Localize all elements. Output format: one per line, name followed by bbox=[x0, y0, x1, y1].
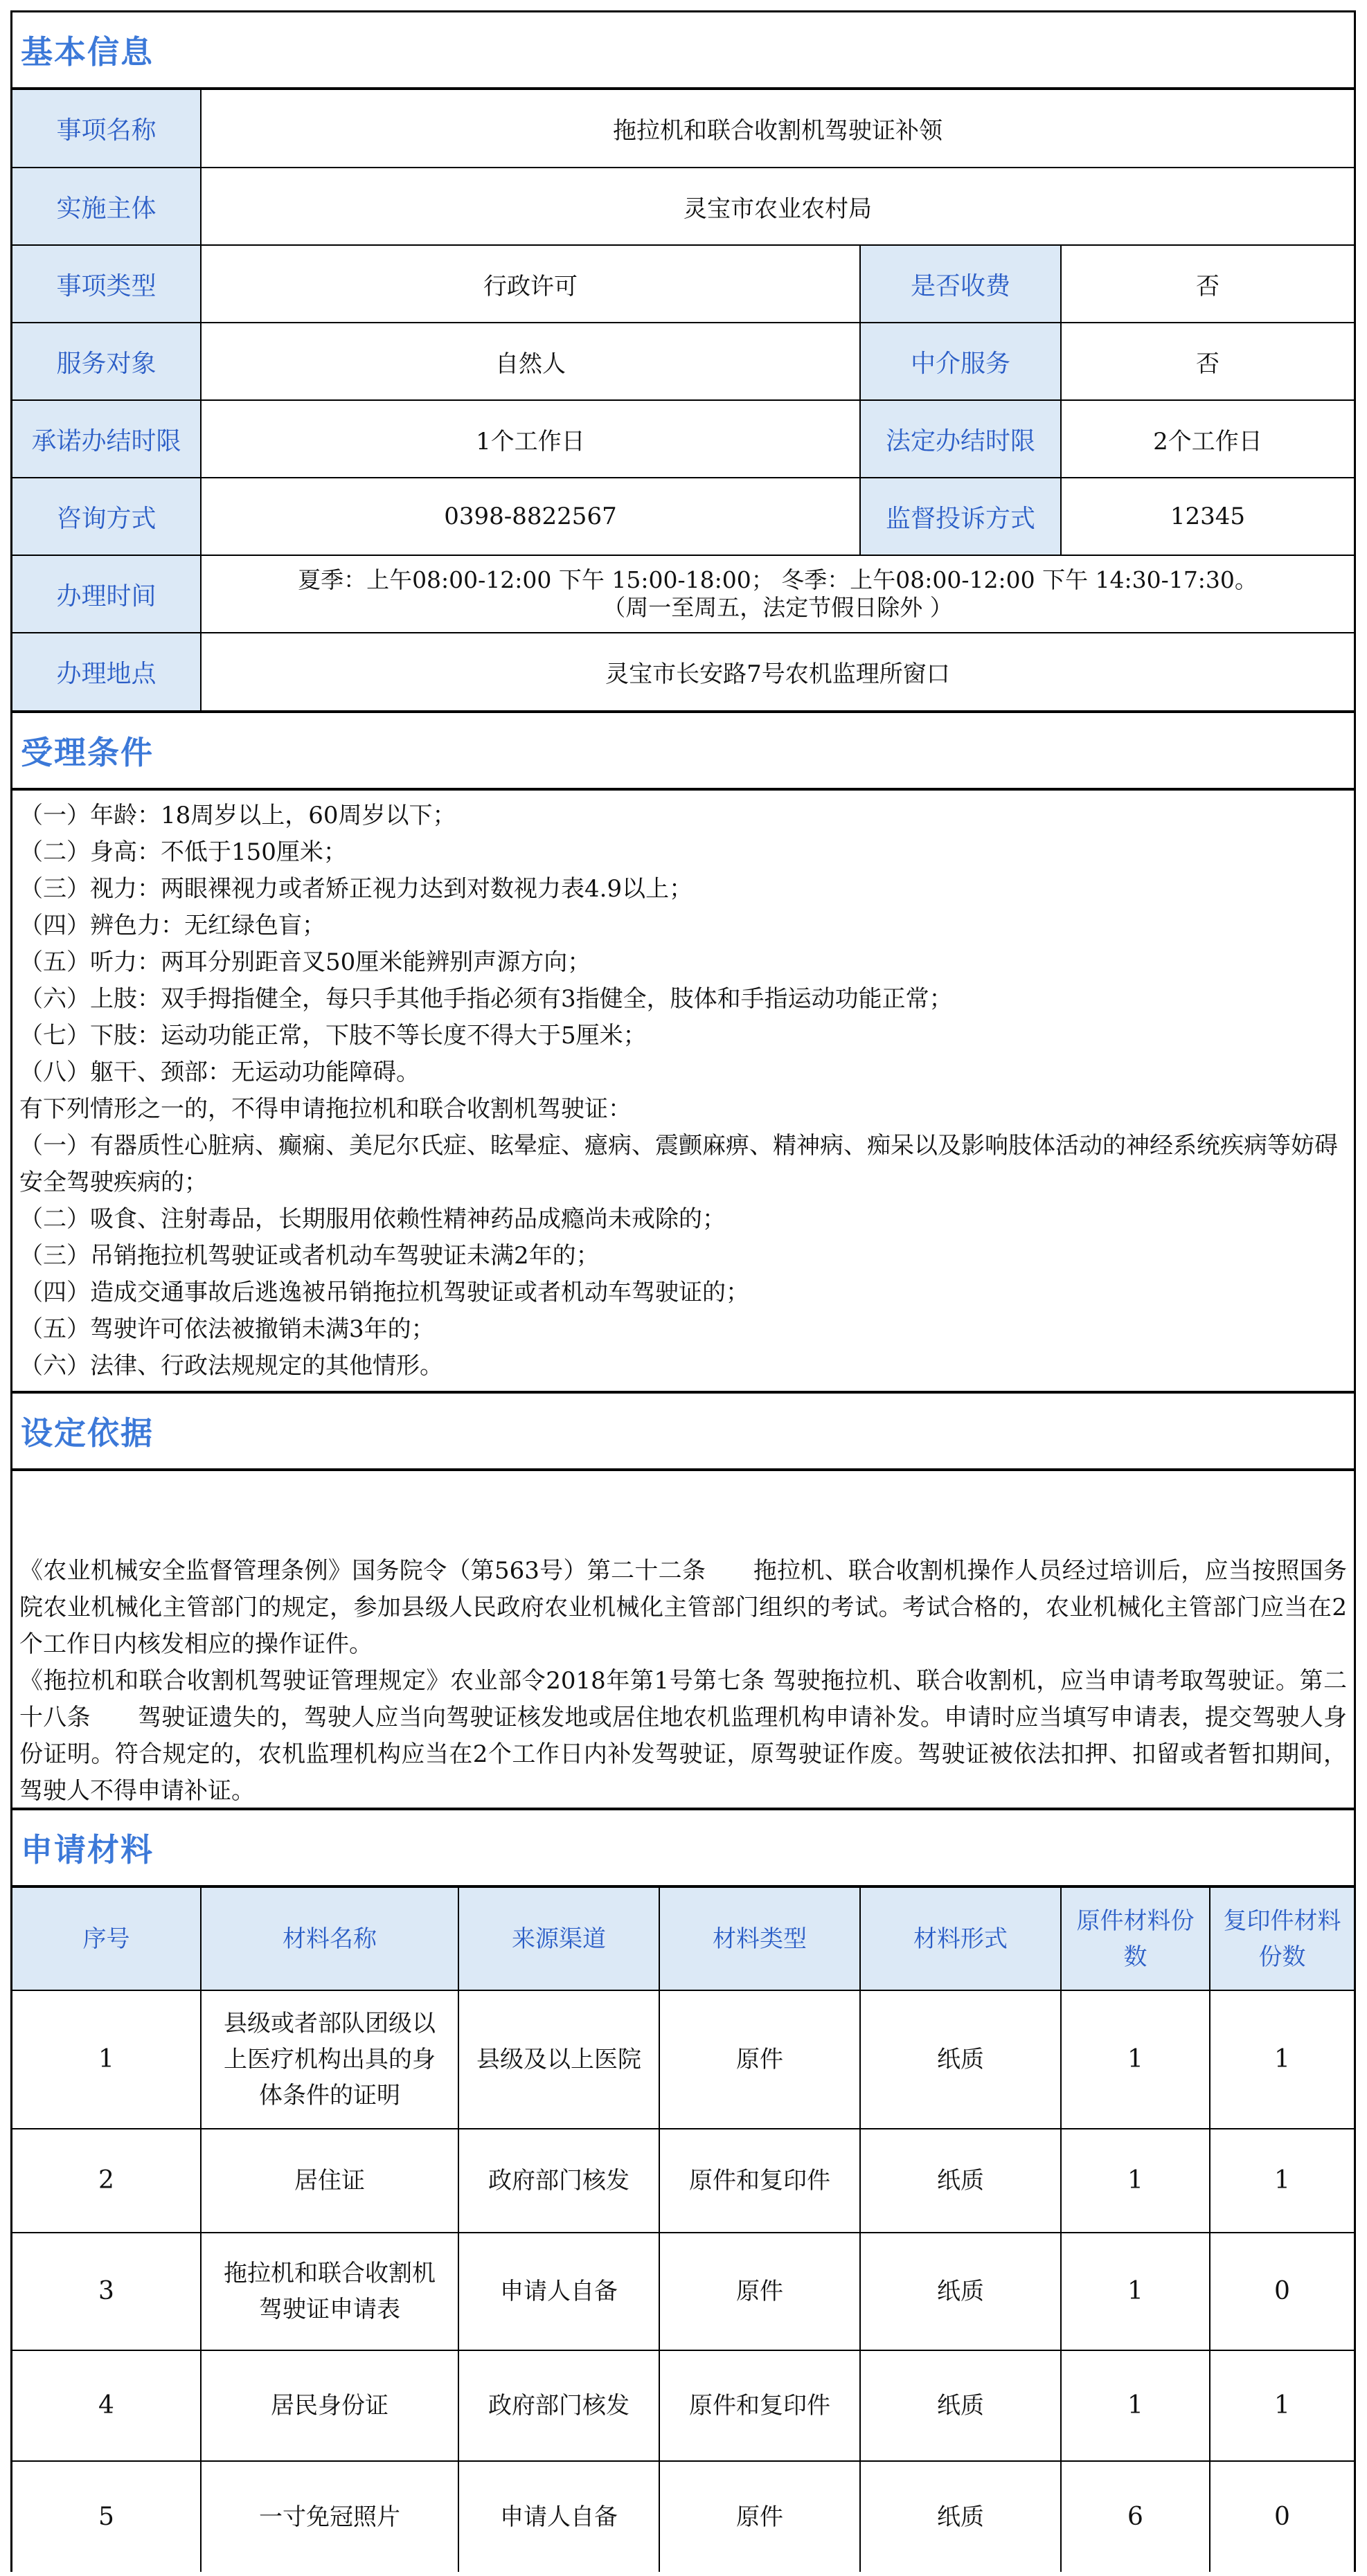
table-row: 1 县级或者部队团级以上医疗机构出具的身体条件的证明 县级及以上医院 原件 纸质… bbox=[12, 1990, 1354, 2129]
material-no: 4 bbox=[12, 2350, 201, 2461]
section-title-basic-info: 基本信息 bbox=[12, 12, 1354, 90]
material-source: 申请人自备 bbox=[458, 2233, 659, 2350]
condition-line: （一）年龄：18周岁以上，60周岁以下； bbox=[19, 798, 1347, 834]
location-label: 办理地点 bbox=[12, 633, 201, 710]
material-name: 居民身份证 bbox=[201, 2350, 458, 2461]
basic-info-table: 事项名称 拖拉机和联合收割机驾驶证补领 实施主体 灵宝市农业农村局 事项类型 行… bbox=[12, 90, 1354, 710]
consult-label: 咨询方式 bbox=[12, 478, 201, 555]
material-no: 3 bbox=[12, 2233, 201, 2350]
material-copy-count: 0 bbox=[1210, 2461, 1354, 2572]
material-form: 纸质 bbox=[860, 2233, 1061, 2350]
material-no: 5 bbox=[12, 2461, 201, 2572]
condition-line: （七）下肢：运动功能正常，下肢不等长度不得大于5厘米； bbox=[19, 1018, 1347, 1054]
table-row: 4 居民身份证 政府部门核发 原件和复印件 纸质 1 1 bbox=[12, 2350, 1354, 2461]
material-original-count: 1 bbox=[1061, 1990, 1210, 2129]
item-type-value: 行政许可 bbox=[201, 245, 860, 323]
table-row: 2 居住证 政府部门核发 原件和复印件 纸质 1 1 bbox=[12, 2129, 1354, 2233]
materials-heading: 申请材料 bbox=[21, 1825, 154, 1871]
condition-line: （三）视力：两眼裸视力或者矫正视力达到对数视力表4.9以上； bbox=[19, 871, 1347, 908]
hours-value: 夏季：上午08:00-12:00 下午 15:00-18:00； 冬季：上午08… bbox=[201, 555, 1354, 633]
material-original-count: 1 bbox=[1061, 2233, 1210, 2350]
exclusion-intro: 有下列情形之一的，不得申请拖拉机和联合收割机驾驶证： bbox=[19, 1091, 1347, 1128]
materials-header-row: 序号 材料名称 来源渠道 材料类型 材料形式 原件材料份数 复印件材料份数 bbox=[12, 1888, 1354, 1990]
service-object-label: 服务对象 bbox=[12, 323, 201, 400]
info-row-time-limit: 承诺办结时限 1个工作日 法定办结时限 2个工作日 bbox=[12, 400, 1354, 478]
exclusion-line: （五）驾驶许可依法被撤销未满3年的； bbox=[19, 1311, 1347, 1348]
info-row-contact: 咨询方式 0398-8822567 监督投诉方式 12345 bbox=[12, 478, 1354, 555]
promised-time-label: 承诺办结时限 bbox=[12, 400, 201, 478]
table-row: 3 拖拉机和联合收割机驾驶证申请表 申请人自备 原件 纸质 1 0 bbox=[12, 2233, 1354, 2350]
legal-time-value: 2个工作日 bbox=[1061, 400, 1354, 478]
exclusion-line: （二）吸食、注射毒品，长期服用依赖性精神药品成瘾尚未戒除的； bbox=[19, 1201, 1347, 1238]
col-header-name: 材料名称 bbox=[201, 1888, 458, 1990]
material-type: 原件 bbox=[659, 2233, 860, 2350]
condition-line: （八）躯干、颈部：无运动功能障碍。 bbox=[19, 1054, 1347, 1091]
promised-time-value: 1个工作日 bbox=[201, 400, 860, 478]
service-guide-document: 基本信息 事项名称 拖拉机和联合收割机驾驶证补领 实施主体 灵宝市农业农村局 事… bbox=[10, 10, 1356, 2572]
col-header-type: 材料类型 bbox=[659, 1888, 860, 1990]
material-source: 申请人自备 bbox=[458, 2461, 659, 2572]
table-row: 5 一寸免冠照片 申请人自备 原件 纸质 6 0 bbox=[12, 2461, 1354, 2572]
implementer-value: 灵宝市农业农村局 bbox=[201, 168, 1354, 245]
col-header-original-count: 原件材料份数 bbox=[1061, 1888, 1210, 1990]
col-header-source: 来源渠道 bbox=[458, 1888, 659, 1990]
info-row-item-type: 事项类型 行政许可 是否收费 否 bbox=[12, 245, 1354, 323]
fee-value: 否 bbox=[1061, 245, 1354, 323]
hours-line-2: （周一至周五，法定节假日除外 ） bbox=[206, 594, 1350, 622]
material-copy-count: 1 bbox=[1210, 1990, 1354, 2129]
section-title-materials: 申请材料 bbox=[12, 1810, 1354, 1888]
item-type-label: 事项类型 bbox=[12, 245, 201, 323]
basis-paragraph: 《拖拉机和联合收割机驾驶证管理规定》农业部令2018年第1号第七条 驾驶拖拉机、… bbox=[19, 1663, 1347, 1810]
info-row-hours: 办理时间 夏季：上午08:00-12:00 下午 15:00-18:00； 冬季… bbox=[12, 555, 1354, 633]
fee-label: 是否收费 bbox=[860, 245, 1061, 323]
complaint-phone: 12345 bbox=[1061, 478, 1354, 555]
material-copy-count: 1 bbox=[1210, 2350, 1354, 2461]
condition-line: （五）听力：两耳分别距音叉50厘米能辨别声源方向； bbox=[19, 944, 1347, 981]
section-title-conditions: 受理条件 bbox=[12, 713, 1354, 791]
basic-info-table-wrapper: 事项名称 拖拉机和联合收割机驾驶证补领 实施主体 灵宝市农业农村局 事项类型 行… bbox=[12, 90, 1354, 713]
legal-time-label: 法定办结时限 bbox=[860, 400, 1061, 478]
material-name: 拖拉机和联合收割机驾驶证申请表 bbox=[201, 2233, 458, 2350]
basis-heading: 设定依据 bbox=[21, 1408, 154, 1454]
material-no: 2 bbox=[12, 2129, 201, 2233]
hours-label: 办理时间 bbox=[12, 555, 201, 633]
conditions-body: （一）年龄：18周岁以上，60周岁以下； （二）身高：不低于150厘米； （三）… bbox=[12, 791, 1354, 1394]
location-value: 灵宝市长安路7号农机监理所窗口 bbox=[201, 633, 1354, 710]
material-type: 原件 bbox=[659, 2461, 860, 2572]
info-row-service-object: 服务对象 自然人 中介服务 否 bbox=[12, 323, 1354, 400]
col-header-form: 材料形式 bbox=[860, 1888, 1061, 1990]
material-name: 居住证 bbox=[201, 2129, 458, 2233]
material-name: 一寸免冠照片 bbox=[201, 2461, 458, 2572]
material-original-count: 1 bbox=[1061, 2129, 1210, 2233]
intermediary-value: 否 bbox=[1061, 323, 1354, 400]
basic-info-heading: 基本信息 bbox=[21, 27, 154, 73]
info-row-item-name: 事项名称 拖拉机和联合收割机驾驶证补领 bbox=[12, 90, 1354, 168]
exclusion-line: （四）造成交通事故后逃逸被吊销拖拉机驾驶证或者机动车驾驶证的； bbox=[19, 1275, 1347, 1311]
conditions-heading: 受理条件 bbox=[21, 728, 154, 773]
material-copy-count: 0 bbox=[1210, 2233, 1354, 2350]
item-name-label: 事项名称 bbox=[12, 90, 201, 168]
info-row-implementer: 实施主体 灵宝市农业农村局 bbox=[12, 168, 1354, 245]
hours-line-1: 夏季：上午08:00-12:00 下午 15:00-18:00； 冬季：上午08… bbox=[206, 566, 1350, 594]
condition-line: （二）身高：不低于150厘米； bbox=[19, 834, 1347, 871]
material-copy-count: 1 bbox=[1210, 2129, 1354, 2233]
material-original-count: 6 bbox=[1061, 2461, 1210, 2572]
material-type: 原件和复印件 bbox=[659, 2350, 860, 2461]
material-original-count: 1 bbox=[1061, 2350, 1210, 2461]
col-header-no: 序号 bbox=[12, 1888, 201, 1990]
condition-line: （六）上肢：双手拇指健全，每只手其他手指必须有3指健全，肢体和手指运动功能正常； bbox=[19, 981, 1347, 1018]
basis-body: 《农业机械安全监督管理条例》国务院令（第563号）第二十二条 拖拉机、联合收割机… bbox=[12, 1471, 1354, 1810]
material-form: 纸质 bbox=[860, 2461, 1061, 2572]
info-row-location: 办理地点 灵宝市长安路7号农机监理所窗口 bbox=[12, 633, 1354, 710]
item-name-value: 拖拉机和联合收割机驾驶证补领 bbox=[201, 90, 1354, 168]
complaint-label: 监督投诉方式 bbox=[860, 478, 1061, 555]
material-form: 纸质 bbox=[860, 1990, 1061, 2129]
intermediary-label: 中介服务 bbox=[860, 323, 1061, 400]
condition-line: （四）辨色力：无红绿色盲； bbox=[19, 908, 1347, 944]
materials-table: 序号 材料名称 来源渠道 材料类型 材料形式 原件材料份数 复印件材料份数 1 … bbox=[12, 1888, 1354, 2572]
material-form: 纸质 bbox=[860, 2350, 1061, 2461]
col-header-copy-count: 复印件材料份数 bbox=[1210, 1888, 1354, 1990]
material-name: 县级或者部队团级以上医疗机构出具的身体条件的证明 bbox=[201, 1990, 458, 2129]
exclusion-line: （六）法律、行政法规规定的其他情形。 bbox=[19, 1348, 1347, 1385]
material-source: 县级及以上医院 bbox=[458, 1990, 659, 2129]
section-title-basis: 设定依据 bbox=[12, 1394, 1354, 1471]
service-object-value: 自然人 bbox=[201, 323, 860, 400]
basis-paragraph: 《农业机械安全监督管理条例》国务院令（第563号）第二十二条 拖拉机、联合收割机… bbox=[19, 1553, 1347, 1663]
material-source: 政府部门核发 bbox=[458, 2350, 659, 2461]
consult-phone: 0398-8822567 bbox=[201, 478, 860, 555]
exclusion-line: （三）吊销拖拉机驾驶证或者机动车驾驶证未满2年的； bbox=[19, 1238, 1347, 1275]
material-type: 原件和复印件 bbox=[659, 2129, 860, 2233]
exclusion-line: （一）有器质性心脏病、癫痫、美尼尔氏症、眩晕症、癔病、震颤麻痹、精神病、痴呆以及… bbox=[19, 1128, 1347, 1201]
material-source: 政府部门核发 bbox=[458, 2129, 659, 2233]
implementer-label: 实施主体 bbox=[12, 168, 201, 245]
material-type: 原件 bbox=[659, 1990, 860, 2129]
material-no: 1 bbox=[12, 1990, 201, 2129]
material-form: 纸质 bbox=[860, 2129, 1061, 2233]
